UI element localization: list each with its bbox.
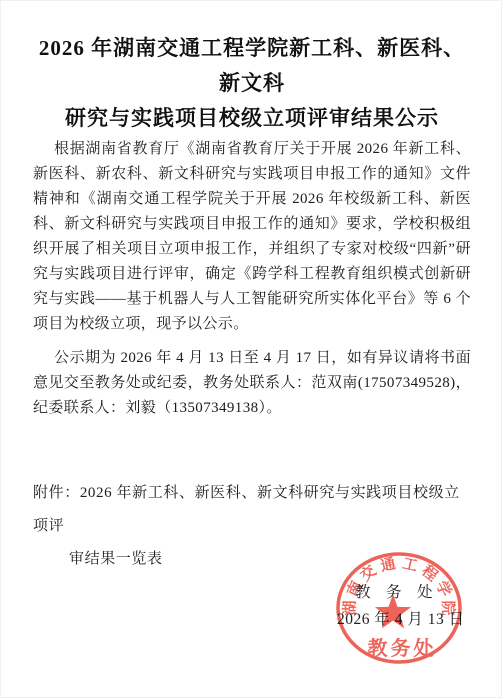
attachment-line-1: 附件：2026 年新工科、新医科、新文科研究与实践项目校级立项评 [33,477,471,543]
document-body: 根据湖南省教育厅《湖南省教育厅关于开展 2026 年新工科、新医科、新农科、新文… [33,137,471,421]
paragraph-publicity-period: 公示期为 2026 年 4 月 13 日至 4 月 17 日，如有异议请将书面意… [33,346,471,421]
signature-department: 教 务 处 [355,580,433,602]
attachment-note: 附件：2026 年新工科、新医科、新文科研究与实践项目校级立项评 审结果一览表 [33,477,471,576]
title-line-1: 2026 年湖南交通工程学院新工科、新医科、新文科 [33,31,471,101]
signature-date: 2026 年 4 月 13 日 [337,607,465,629]
seal-department-text: 教务处 [368,636,437,660]
paragraph-basis: 根据湖南省教育厅《湖南省教育厅关于开展 2026 年新工科、新医科、新农科、新文… [33,137,471,337]
attachment-line-2: 审结果一览表 [33,543,471,576]
attachment-label: 附件： [33,485,80,501]
page-title: 2026 年湖南交通工程学院新工科、新医科、新文科 研究与实践项目校级立项评审结… [33,31,471,136]
seal-ring-char: 学 [432,578,455,599]
title-line-2: 研究与实践项目校级立项评审结果公示 [33,101,471,136]
document-page: 2026 年湖南交通工程学院新工科、新医科、新文科 研究与实践项目校级立项评审结… [0,0,502,698]
attachment-title: 2026 年新工科、新医科、新文科研究与实践项目校级立项评 [33,485,460,534]
